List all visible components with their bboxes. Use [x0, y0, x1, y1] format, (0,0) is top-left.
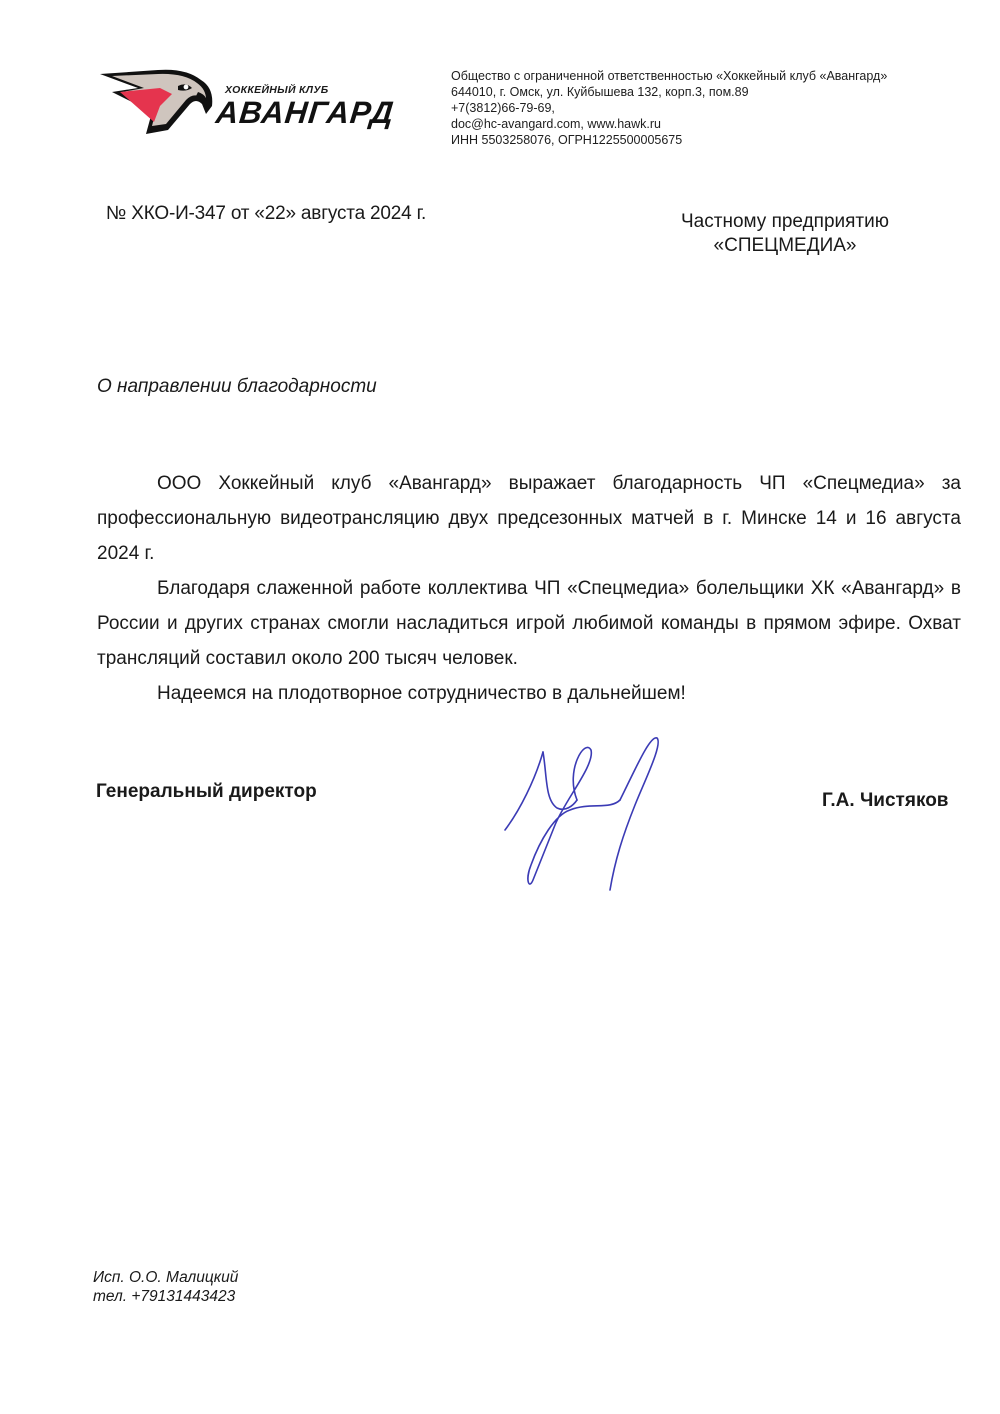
addressee-line-2: «СПЕЦМЕДИА»: [640, 234, 930, 258]
signatory-role: Генеральный директор: [96, 781, 317, 803]
requisite-address: 644010, г. Омск, ул. Куйбышева 132, корп…: [451, 84, 887, 100]
logo-name: АВАНГАРД: [214, 95, 396, 131]
executor-name: Исп. О.О. Малицкий: [93, 1268, 238, 1287]
body-paragraph-3: Надеемся на плодотворное сотрудничество …: [97, 676, 961, 711]
subject-line: О направлении благодарности: [97, 376, 377, 398]
document-number: № ХКО-И-347 от «22» августа 2024 г.: [106, 203, 426, 225]
body-paragraph-2: Благодаря слаженной работе коллектива ЧП…: [97, 571, 961, 676]
requisite-company-name: Общество с ограниченной ответственностью…: [451, 68, 887, 84]
signature-icon: [495, 730, 670, 895]
hawk-head-icon: [98, 62, 223, 137]
handwritten-signature: [495, 730, 670, 895]
executor-info: Исп. О.О. Малицкий тел. +79131443423: [93, 1268, 238, 1306]
letter-body: ООО Хоккейный клуб «Авангард» выражает б…: [97, 466, 961, 711]
addressee-line-1: Частному предприятию: [640, 210, 930, 234]
addressee: Частному предприятию «СПЕЦМЕДИА»: [640, 210, 930, 258]
company-requisites: Общество с ограниченной ответственностью…: [451, 68, 887, 148]
requisite-inn-ogrn: ИНН 5503258076, ОГРН1225500005675: [451, 132, 887, 148]
signatory-name: Г.А. Чистяков: [822, 790, 949, 812]
executor-phone: тел. +79131443423: [93, 1287, 238, 1306]
body-paragraph-1: ООО Хоккейный клуб «Авангард» выражает б…: [97, 466, 961, 571]
requisite-phone: +7(3812)66-79-69,: [451, 100, 887, 116]
requisite-email-web: doc@hc-avangard.com, www.hawk.ru: [451, 116, 887, 132]
